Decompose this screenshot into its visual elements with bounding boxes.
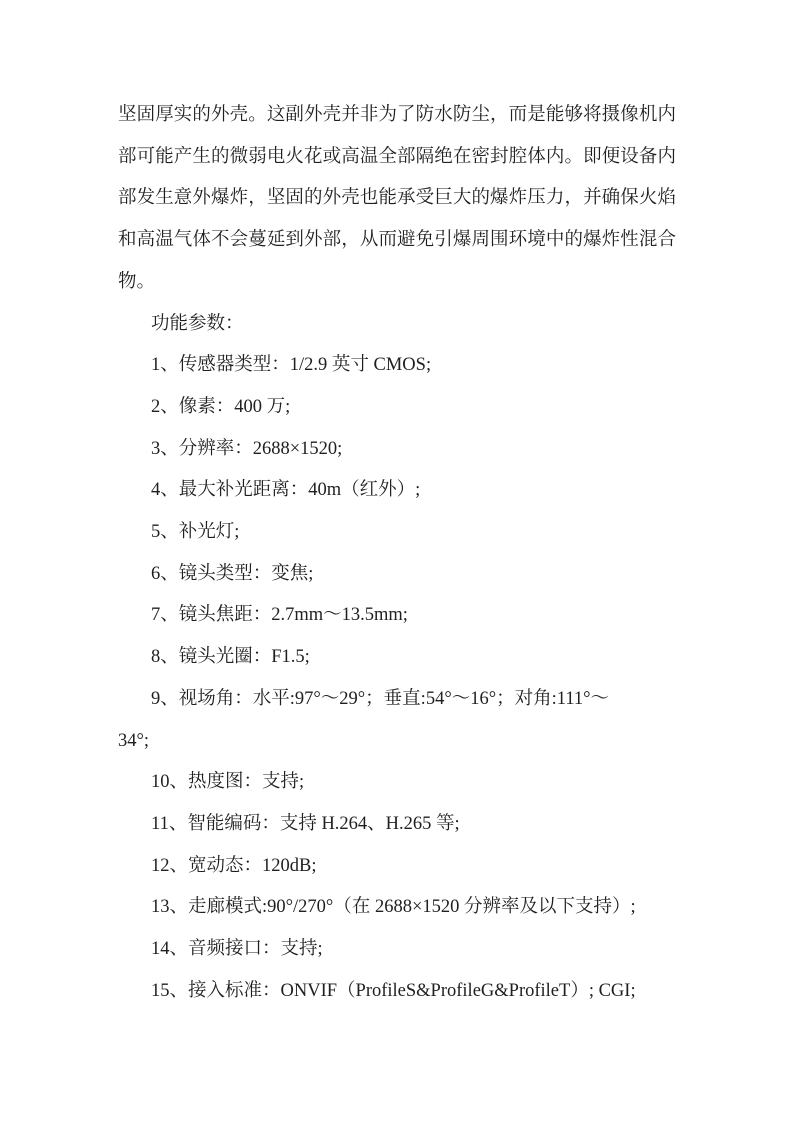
spec-item-15: 15、接入标准：ONVIF（ProfileS&ProfileG&ProfileT…	[118, 971, 676, 1013]
spec-item-10: 10、热度图：支持;	[118, 762, 676, 804]
body-paragraph: 坚固厚实的外壳。这副外壳并非为了防水防尘，而是能够将摄像机内部可能产生的微弱电火…	[118, 95, 676, 304]
spec-item-7: 7、镜头焦距：2.7mm～13.5mm;	[118, 595, 676, 637]
spec-item-2: 2、像素：400 万;	[118, 387, 676, 429]
page-content: 坚固厚实的外壳。这副外壳并非为了防水防尘，而是能够将摄像机内部可能产生的微弱电火…	[118, 95, 676, 1012]
spec-item-8: 8、镜头光圈：F1.5;	[118, 637, 676, 679]
spec-item-11: 11、智能编码：支持 H.264、H.265 等;	[118, 804, 676, 846]
section-heading: 功能参数：	[118, 304, 676, 346]
spec-item-12: 12、宽动态：120dB;	[118, 846, 676, 888]
spec-item-14: 14、音频接口：支持;	[118, 929, 676, 971]
spec-item-1: 1、传感器类型：1/2.9 英寸 CMOS;	[118, 345, 676, 387]
spec-item-6: 6、镜头类型：变焦;	[118, 554, 676, 596]
document-page: 坚固厚实的外壳。这副外壳并非为了防水防尘，而是能够将摄像机内部可能产生的微弱电火…	[0, 0, 793, 1122]
spec-item-4: 4、最大补光距离：40m（红外）;	[118, 470, 676, 512]
spec-item-5: 5、补光灯;	[118, 512, 676, 554]
spec-item-13: 13、走廊模式:90°/270°（在 2688×1520 分辨率及以下支持）;	[118, 887, 676, 929]
spec-item-3: 3、分辨率：2688×1520;	[118, 429, 676, 471]
spec-item-9: 9、视场角：水平:97°～29°；垂直:54°～16°；对角:111°～ 34°…	[118, 679, 676, 762]
